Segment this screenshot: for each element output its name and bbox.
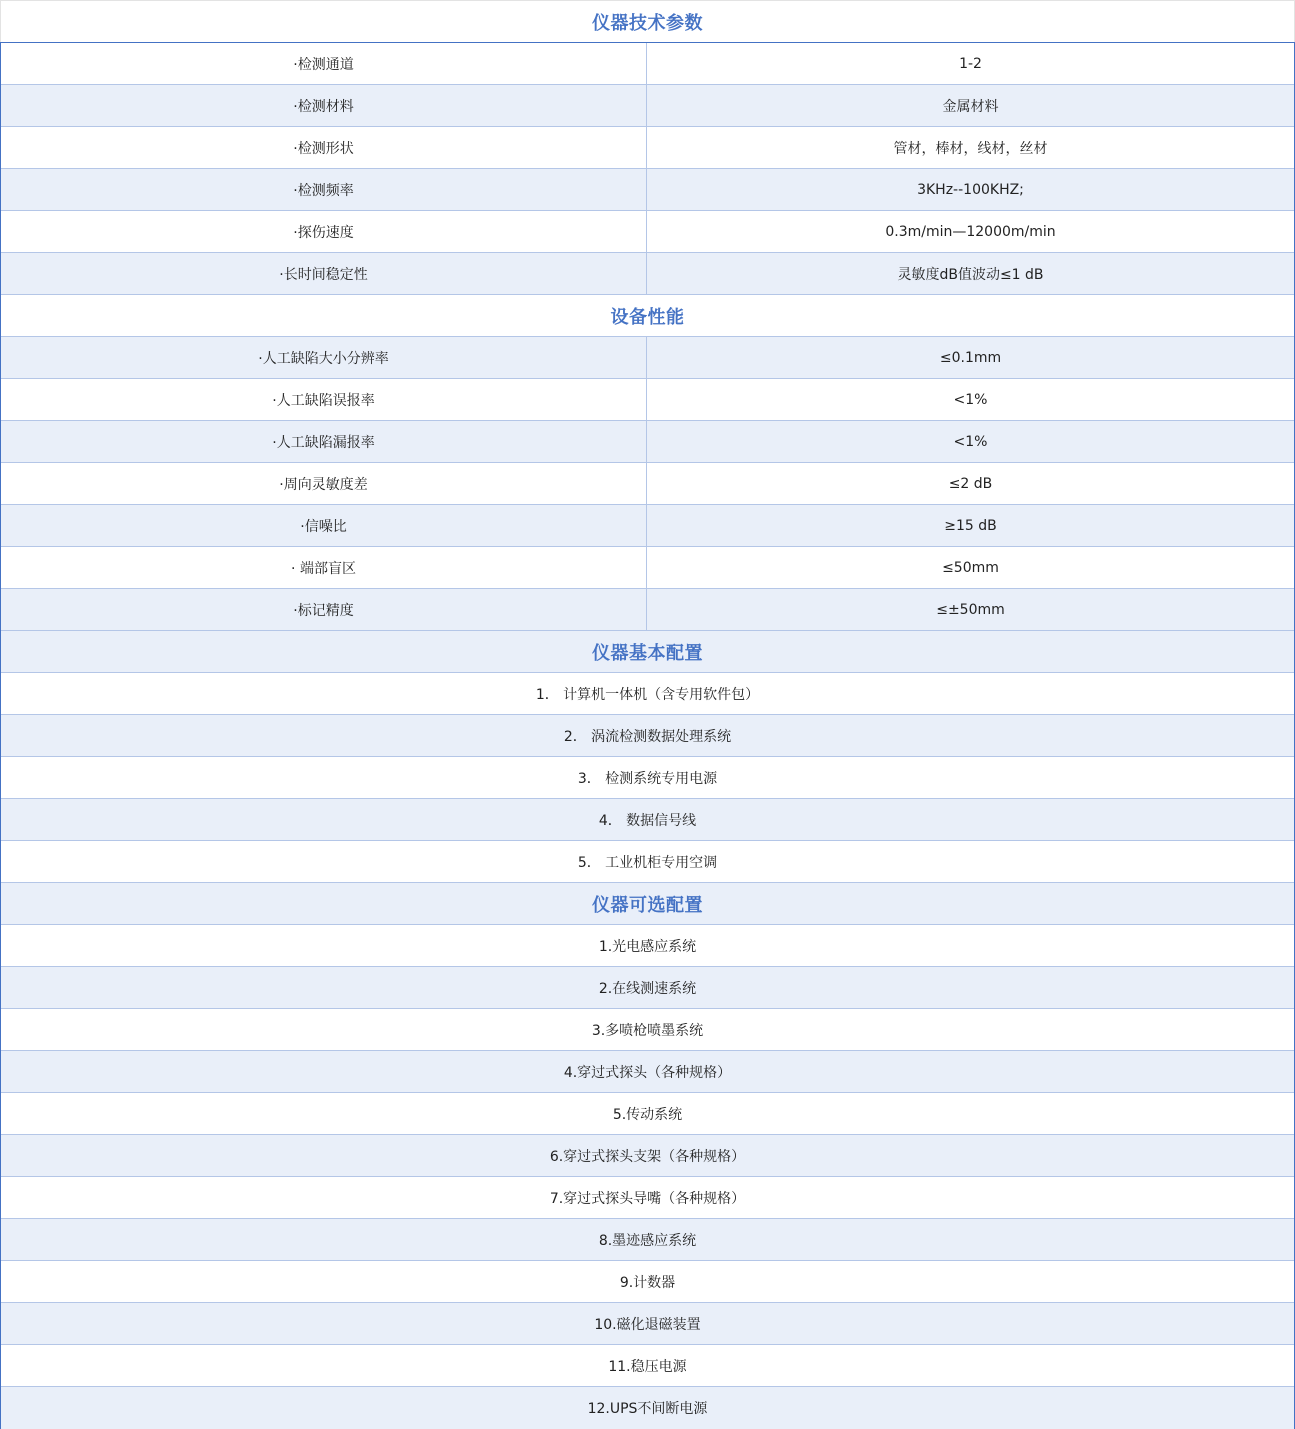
table-row: ·标记精度 ≤±50mm <box>1 589 1294 631</box>
optional-item: 9.计数器 <box>1 1261 1294 1302</box>
performance-heading-row: 设备性能 <box>1 295 1294 337</box>
table-row: ·检测材料 金属材料 <box>1 85 1294 127</box>
param-value: <1% <box>647 379 1294 420</box>
optional-item: 8.墨迹感应系统 <box>1 1219 1294 1260</box>
optional-config-heading-row: 仪器可选配置 <box>1 883 1294 925</box>
list-item: 8.墨迹感应系统 <box>1 1219 1294 1261</box>
table-row: ·人工缺陷误报率 <1% <box>1 379 1294 421</box>
param-name: ·检测形状 <box>1 127 647 168</box>
table-row: ·人工缺陷大小分辨率 ≤0.1mm <box>1 337 1294 379</box>
list-item: 3． 检测系统专用电源 <box>1 757 1294 799</box>
list-item: 5.传动系统 <box>1 1093 1294 1135</box>
optional-item: 5.传动系统 <box>1 1093 1294 1134</box>
optional-item: 6.穿过式探头支架（各种规格） <box>1 1135 1294 1176</box>
table-row: ·检测频率 3KHz--100KHZ; <box>1 169 1294 211</box>
param-name: ·人工缺陷大小分辨率 <box>1 337 647 378</box>
param-value: ≤50mm <box>647 547 1294 588</box>
optional-config-heading: 仪器可选配置 <box>592 891 703 917</box>
list-item: 2.在线测速系统 <box>1 967 1294 1009</box>
list-item: 7.穿过式探头导嘴（各种规格） <box>1 1177 1294 1219</box>
param-value: 金属材料 <box>647 85 1294 126</box>
optional-item: 3.多喷枪喷墨系统 <box>1 1009 1294 1050</box>
basic-config-heading-row: 仪器基本配置 <box>1 631 1294 673</box>
param-name: ·长时间稳定性 <box>1 253 647 294</box>
param-name: ·标记精度 <box>1 589 647 630</box>
param-value: 3KHz--100KHZ; <box>647 169 1294 210</box>
param-value: ≤±50mm <box>647 589 1294 630</box>
list-item: 12.UPS不间断电源 <box>1 1387 1294 1429</box>
spec-table: ·检测通道 1-2 ·检测材料 金属材料 ·检测形状 管材，棒材，线材，丝材 ·… <box>0 42 1295 1429</box>
table-row: ·人工缺陷漏报率 <1% <box>1 421 1294 463</box>
param-value: 1-2 <box>647 43 1294 84</box>
param-name: ·检测频率 <box>1 169 647 210</box>
tech-params-heading: 仪器技术参数 <box>592 9 703 35</box>
basic-config-heading: 仪器基本配置 <box>592 639 703 665</box>
list-item: 4.穿过式探头（各种规格） <box>1 1051 1294 1093</box>
table-row: ·探伤速度 0.3m/min—12000m/min <box>1 211 1294 253</box>
param-name: ·检测通道 <box>1 43 647 84</box>
param-value: 0.3m/min—12000m/min <box>647 211 1294 252</box>
table-row: ·检测通道 1-2 <box>1 43 1294 85</box>
list-item: 2． 涡流检测数据处理系统 <box>1 715 1294 757</box>
optional-item: 12.UPS不间断电源 <box>1 1387 1294 1429</box>
list-item: 11.稳压电源 <box>1 1345 1294 1387</box>
list-item: 4． 数据信号线 <box>1 799 1294 841</box>
list-item: 5． 工业机柜专用空调 <box>1 841 1294 883</box>
param-value: ≤0.1mm <box>647 337 1294 378</box>
list-item: 3.多喷枪喷墨系统 <box>1 1009 1294 1051</box>
param-value: ≥15 dB <box>647 505 1294 546</box>
table-row: ·周向灵敏度差 ≤2 dB <box>1 463 1294 505</box>
optional-item: 2.在线测速系统 <box>1 967 1294 1008</box>
optional-item: 1.光电感应系统 <box>1 925 1294 966</box>
param-name: ·人工缺陷漏报率 <box>1 421 647 462</box>
param-value: ≤2 dB <box>647 463 1294 504</box>
param-value: 管材，棒材，线材，丝材 <box>647 127 1294 168</box>
optional-item: 7.穿过式探头导嘴（各种规格） <box>1 1177 1294 1218</box>
performance-heading: 设备性能 <box>611 303 685 329</box>
table-row: ·长时间稳定性 灵敏度dB值波动≤1 dB <box>1 253 1294 295</box>
config-item: 2． 涡流检测数据处理系统 <box>1 715 1294 756</box>
param-name: ·周向灵敏度差 <box>1 463 647 504</box>
list-item: 9.计数器 <box>1 1261 1294 1303</box>
param-name: ·信噪比 <box>1 505 647 546</box>
tech-params-heading-row: 仪器技术参数 <box>0 0 1295 42</box>
config-item: 5． 工业机柜专用空调 <box>1 841 1294 882</box>
list-item: 10.磁化退磁装置 <box>1 1303 1294 1345</box>
list-item: 1.光电感应系统 <box>1 925 1294 967</box>
optional-item: 11.稳压电源 <box>1 1345 1294 1386</box>
param-name: ·探伤速度 <box>1 211 647 252</box>
config-item: 1． 计算机一体机（含专用软件包） <box>1 673 1294 714</box>
table-row: ·信噪比 ≥15 dB <box>1 505 1294 547</box>
list-item: 6.穿过式探头支架（各种规格） <box>1 1135 1294 1177</box>
param-value: <1% <box>647 421 1294 462</box>
optional-item: 10.磁化退磁装置 <box>1 1303 1294 1344</box>
optional-item: 4.穿过式探头（各种规格） <box>1 1051 1294 1092</box>
table-row: · 端部盲区 ≤50mm <box>1 547 1294 589</box>
config-item: 4． 数据信号线 <box>1 799 1294 840</box>
list-item: 1． 计算机一体机（含专用软件包） <box>1 673 1294 715</box>
param-value: 灵敏度dB值波动≤1 dB <box>647 253 1294 294</box>
param-name: ·检测材料 <box>1 85 647 126</box>
config-item: 3． 检测系统专用电源 <box>1 757 1294 798</box>
table-row: ·检测形状 管材，棒材，线材，丝材 <box>1 127 1294 169</box>
param-name: · 端部盲区 <box>1 547 647 588</box>
param-name: ·人工缺陷误报率 <box>1 379 647 420</box>
